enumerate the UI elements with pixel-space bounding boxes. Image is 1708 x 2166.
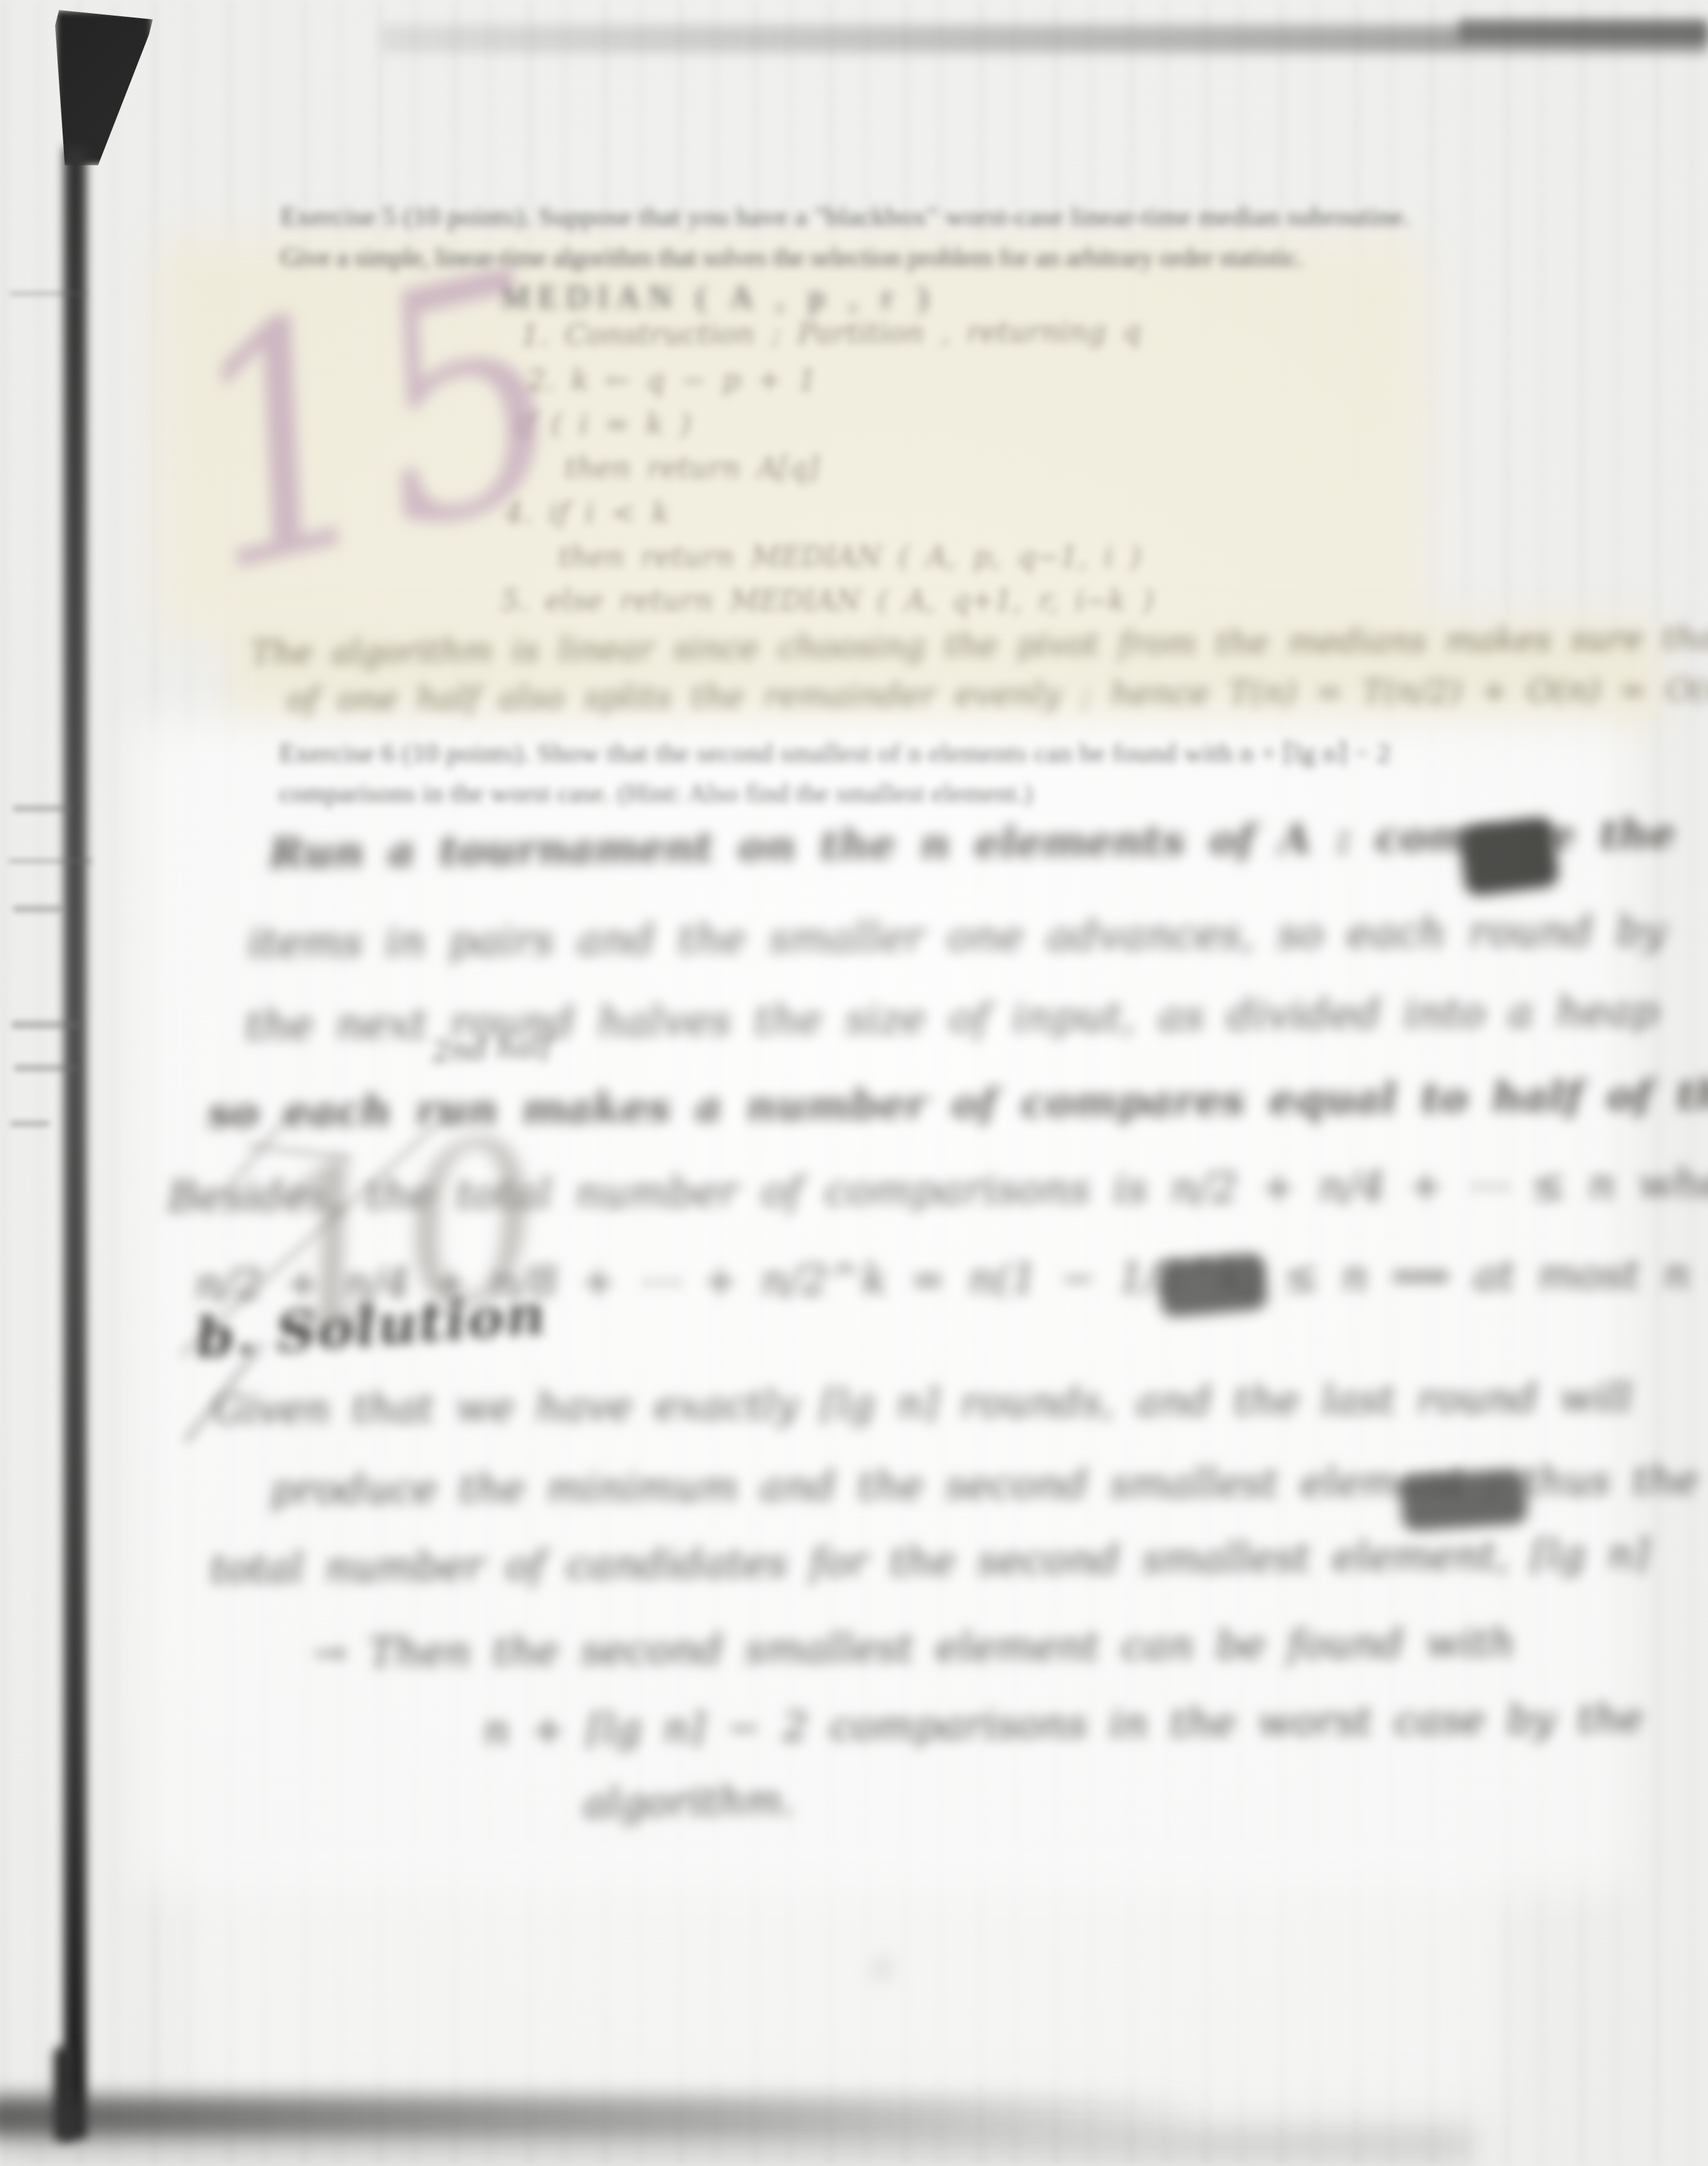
scanned-exam-page: Exercise 5 (10 points). Suppose that you… (0, 0, 1708, 2166)
paragraph2-line: total number of candidates for the secon… (210, 1531, 1649, 1593)
margin-pencil-scribble (11, 1020, 81, 1029)
pseudocode-line: then return MEDIAN ( A, p, q−1, i ) (558, 540, 1141, 573)
pseudocode-line: 2. k ← q − p + 1 (527, 363, 816, 397)
margin-pencil-scribble (10, 1121, 50, 1127)
scribbled-correction (1157, 1253, 1268, 1318)
white-lower-panel (188, 1847, 1503, 2110)
conclusion-closing-word: algorithm. (583, 1777, 795, 1827)
pseudocode-line: 5. else return MEDIAN ( A, q+1, r, i−k ) (501, 583, 1154, 617)
margin-pencil-scribble (13, 905, 64, 913)
answer-insertion-note: 2nd half (431, 1029, 553, 1069)
page-number-smudge: 4 (872, 1946, 891, 1990)
margin-pencil-line (9, 859, 93, 863)
pseudocode-line: 1. Construction ; Partition , returning … (521, 314, 1141, 352)
printed-code-header: MEDIAN ( A , p , r ) (501, 279, 936, 316)
conclusion-line: → Then the second smallest element can b… (313, 1620, 1515, 1677)
printed-exercise6-line2: comparisons in the worst case. (Hint: Al… (279, 779, 1033, 809)
paragraph2-line: Given that we have exactly ⌈lg n⌉ rounds… (213, 1375, 1633, 1434)
margin-pencil-scribble (14, 1064, 78, 1072)
pseudocode-line: then return A[q] (565, 451, 819, 485)
answer-line: items in pairs and the smaller one advan… (248, 906, 1667, 967)
olive-note-line: of one half also splits the remainder ev… (287, 671, 1708, 719)
scribbled-out-word (1458, 816, 1560, 896)
scan-bottom-edge-shadow-faint (0, 2127, 1471, 2163)
bold-emphasized-words (1399, 1468, 1528, 1532)
conclusion-line: n + ⌈lg n⌉ − 2 comparisons in the worst … (483, 1695, 1644, 1753)
margin-pencil-line (10, 292, 86, 295)
scan-top-right-edge-shadow (1459, 19, 1708, 41)
scan-corner-wedge-artifact (55, 10, 153, 165)
olive-note-line: The algorithm is linear since choosing t… (250, 617, 1708, 672)
scan-left-binding-line (64, 147, 86, 2138)
printed-exercise6-line1: Exercise 6 (10 points). Show that the se… (279, 737, 1391, 769)
grade-mark-15: 15 (157, 225, 594, 619)
margin-pencil-scribble (13, 805, 73, 812)
